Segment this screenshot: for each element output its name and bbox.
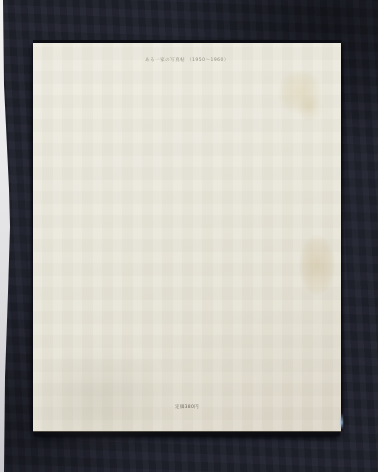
page-edge-sheen — [340, 413, 343, 429]
cover-price-caption: 定価380円 — [33, 406, 341, 411]
cover-title-caption: ある一家の写真帖 （1950〜1960） — [33, 59, 341, 64]
foxing-stain-right-middle — [299, 235, 335, 295]
adjacent-surface-edge — [0, 0, 11, 472]
photo-of-book-on-fabric: ある一家の写真帖 （1950〜1960） 定価380円 — [0, 0, 378, 472]
foxing-stain-top-right — [277, 69, 323, 115]
toning-stain-bottom-left — [23, 343, 173, 453]
foxing-stain-top-right-small — [295, 95, 325, 121]
paper-texture — [33, 43, 341, 431]
blank-book-back-cover: ある一家の写真帖 （1950〜1960） 定価380円 — [33, 43, 341, 432]
